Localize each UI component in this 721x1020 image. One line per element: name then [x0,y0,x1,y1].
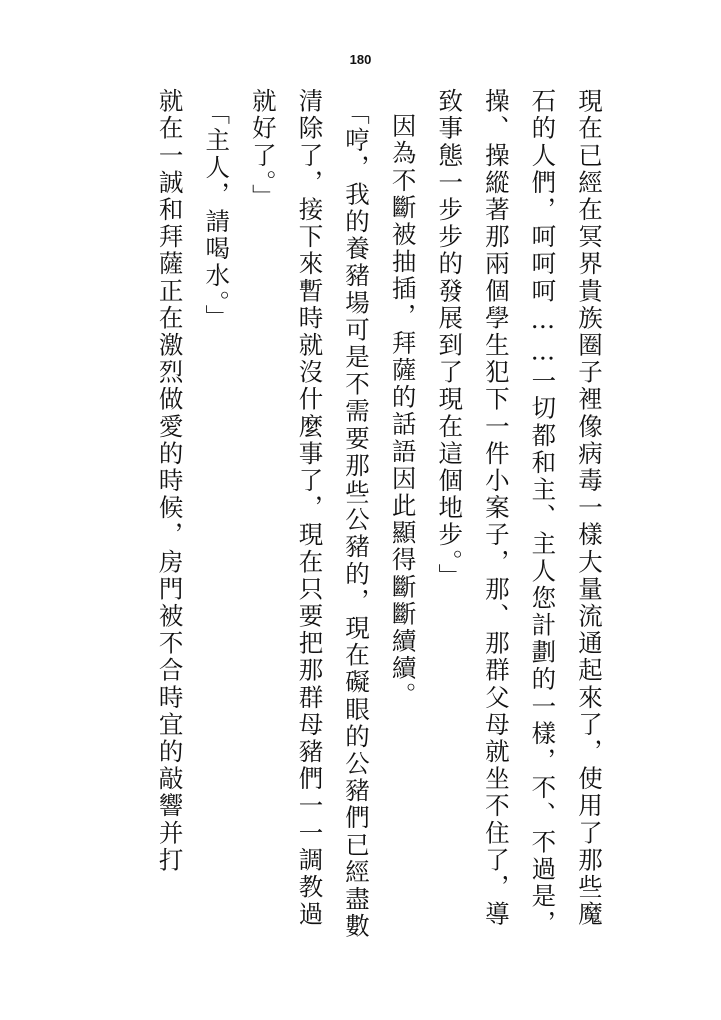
paragraph-dialogue-servant: 「主人，請喝水。」 [193,88,240,948]
paragraph-narration-final: 就在一誠和拜薩正在激烈做愛的時候，房門被不合時宜的敲響并打 [146,88,193,948]
paragraph-dialogue-master: 「哼，我的養豬場可是不需要那些公豬的，現在礙眼的公豬們已經盡數清除了，接下來暫時… [239,88,379,948]
vertical-text-body: 現在已經在冥界貴族圈子裡像病毒一樣大量流通起來了，使用了那些魔石的人們，呵呵呵…… [146,88,612,948]
paragraph-narration: 因為不斷被抽插，拜薩的話語因此顯得斷斷續續。 [379,88,426,948]
page-number: 180 [0,52,721,67]
paragraph-continuation: 現在已經在冥界貴族圈子裡像病毒一樣大量流通起來了，使用了那些魔石的人們，呵呵呵…… [426,88,612,948]
